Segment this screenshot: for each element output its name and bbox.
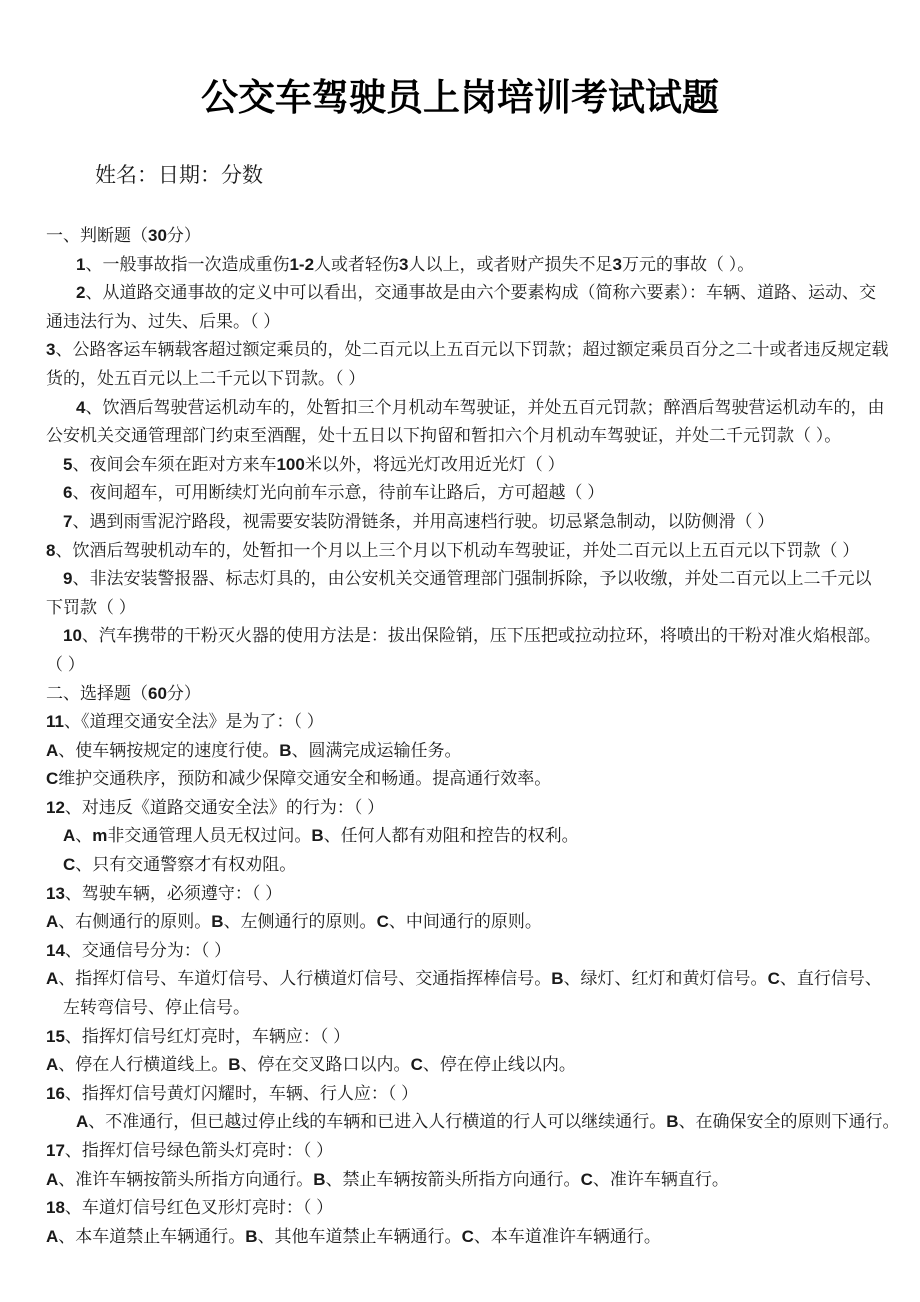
exam-line: 11、《道理交通安全法》是为了：（ ） <box>46 708 890 737</box>
exam-line: （ ） <box>46 651 890 680</box>
exam-line: 7、遇到雨雪泥泞路段，视需要安装防滑链条，并用高速档行驶。切忌紧急制动，以防侧滑… <box>46 508 890 537</box>
exam-line: 13、驾驶车辆，必须遵守：（ ） <box>46 880 890 909</box>
exam-line: A、准许车辆按箭头所指方向通行。B、禁止车辆按箭头所指方向通行。C、准许车辆直行… <box>46 1166 890 1195</box>
exam-line: 货的，处五百元以上二千元以下罚款。（ ） <box>46 365 890 394</box>
exam-line: 18、车道灯信号红色叉形灯亮时：（ ） <box>46 1194 890 1223</box>
exam-line: 通违法行为、过失、后果。（ ） <box>46 308 890 337</box>
exam-line: A、m非交通管理人员无权过问。B、任何人都有劝阻和控告的权利。 <box>46 822 890 851</box>
exam-line: 4、饮酒后驾驶营运机动车的，处暂扣三个月机动车驾驶证，并处五百元罚款；醉酒后驾驶… <box>46 394 890 423</box>
document-page: 公交车驾驶员上岗培训考试试题 姓名：日期：分数 一、判断题（30分）1、一般事故… <box>0 0 920 1302</box>
exam-line: A、指挥灯信号、车道灯信号、人行横道灯信号、交通指挥棒信号。B、绿灯、红灯和黄灯… <box>46 965 890 994</box>
exam-line: 3、公路客运车辆载客超过额定乘员的，处二百元以上五百元以下罚款；超过额定乘员百分… <box>46 336 890 365</box>
exam-line: 6、夜间超车，可用断续灯光向前车示意，待前车让路后，方可超越（ ） <box>46 479 890 508</box>
exam-line: 15、指挥灯信号红灯亮时，车辆应：（ ） <box>46 1023 890 1052</box>
exam-line: C维护交通秩序，预防和减少保障交通安全和畅通。提高通行效率。 <box>46 765 890 794</box>
name-date-score-line: 姓名：日期：分数 <box>95 162 920 190</box>
exam-line: 10、汽车携带的干粉灭火器的使用方法是：拔出保险销，压下压把或拉动拉环，将喷出的… <box>46 622 890 651</box>
exam-line: 2、从道路交通事故的定义中可以看出，交通事故是由六个要素构成（简称六要素）：车辆… <box>46 279 890 308</box>
exam-line: C、只有交通警察才有权劝阻。 <box>46 851 890 880</box>
exam-line: 1、一般事故指一次造成重伤1-2人或者轻伤3人以上，或者财产损失不足3万元的事故… <box>46 251 890 280</box>
exam-line: 16、指挥灯信号黄灯闪耀时，车辆、行人应：（ ） <box>46 1080 890 1109</box>
exam-line: 12、对违反《道路交通安全法》的行为：（ ） <box>46 794 890 823</box>
exam-body: 一、判断题（30分）1、一般事故指一次造成重伤1-2人或者轻伤3人以上，或者财产… <box>0 222 920 1251</box>
exam-line: A、停在人行横道线上。B、停在交叉路口以内。C、停在停止线以内。 <box>46 1051 890 1080</box>
exam-line: 14、交通信号分为：（ ） <box>46 937 890 966</box>
exam-line: 9、非法安装警报器、标志灯具的，由公安机关交通管理部门强制拆除，予以收缴，并处二… <box>46 565 890 594</box>
exam-line: A、不准通行，但已越过停止线的车辆和已进入人行横道的行人可以继续通行。B、在确保… <box>46 1108 890 1137</box>
exam-line: 下罚款（ ） <box>46 594 890 623</box>
exam-line: 公安机关交通管理部门约束至酒醒，处十五日以下拘留和暂扣六个月机动车驾驶证，并处二… <box>46 422 890 451</box>
exam-line: 左转弯信号、停止信号。 <box>46 994 890 1023</box>
exam-line: A、右侧通行的原则。B、左侧通行的原则。C、中间通行的原则。 <box>46 908 890 937</box>
exam-line: 8、饮酒后驾驶机动车的，处暂扣一个月以上三个月以下机动车驾驶证，并处二百元以上五… <box>46 537 890 566</box>
exam-line: 二、选择题（60分） <box>46 680 890 709</box>
exam-line: 5、夜间会车须在距对方来车100米以外，将远光灯改用近光灯（ ） <box>46 451 890 480</box>
exam-line: 17、指挥灯信号绿色箭头灯亮时：（ ） <box>46 1137 890 1166</box>
exam-line: 一、判断题（30分） <box>46 222 890 251</box>
exam-line: A、使车辆按规定的速度行使。B、圆满完成运输任务。 <box>46 737 890 766</box>
exam-line: A、本车道禁止车辆通行。B、其他车道禁止车辆通行。C、本车道准许车辆通行。 <box>46 1223 890 1252</box>
page-title: 公交车驾驶员上岗培训考试试题 <box>0 74 920 122</box>
